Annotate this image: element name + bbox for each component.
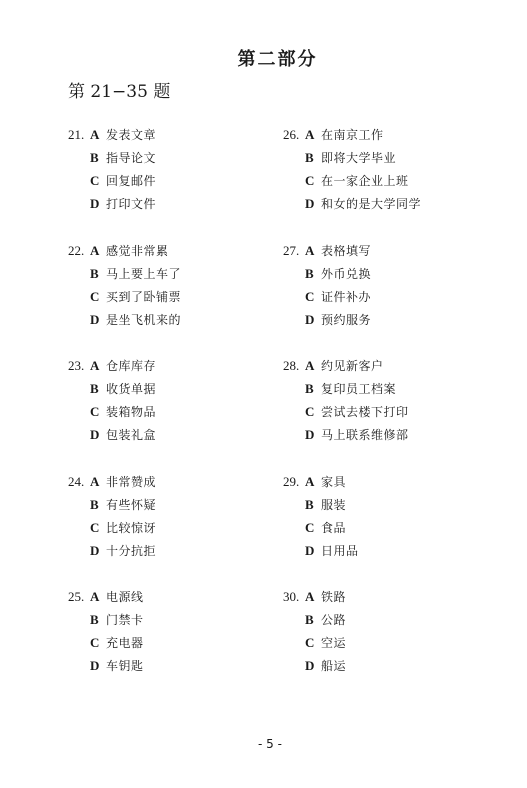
option-text: 在一家企业上班 xyxy=(321,170,409,193)
option-text: 空运 xyxy=(321,632,346,655)
option-text: 是坐飞机来的 xyxy=(106,309,181,332)
option-letter: A xyxy=(90,470,106,493)
option-letter: D xyxy=(305,423,321,446)
option-letter: A xyxy=(305,354,321,377)
option-text: 尝试去楼下打印 xyxy=(321,401,409,424)
option-row: B服装 xyxy=(283,493,359,516)
option-text: 十分抗拒 xyxy=(106,540,156,563)
option-text: 马上联系维修部 xyxy=(321,424,409,447)
option-row: D包装礼盒 xyxy=(68,423,156,446)
option-row: D船运 xyxy=(283,654,346,677)
option-row: D车钥匙 xyxy=(68,654,144,677)
option-text: 表格填写 xyxy=(321,240,371,263)
option-text: 在南京工作 xyxy=(321,124,384,147)
option-letter: A xyxy=(305,123,321,146)
option-row: B门禁卡 xyxy=(68,608,144,631)
option-row: 26.A在南京工作 xyxy=(283,123,421,146)
option-letter: D xyxy=(90,308,106,331)
option-letter: C xyxy=(305,169,321,192)
option-letter: C xyxy=(305,285,321,308)
option-row: C装箱物品 xyxy=(68,400,156,423)
option-text: 复印员工档案 xyxy=(321,378,396,401)
option-row: 22.A感觉非常累 xyxy=(68,239,181,262)
question-30: 30.A铁路B公路C空运D船运 xyxy=(283,585,346,677)
option-row: D是坐飞机来的 xyxy=(68,308,181,331)
option-letter: D xyxy=(305,192,321,215)
option-letter: C xyxy=(90,285,106,308)
option-text: 马上要上车了 xyxy=(106,263,181,286)
option-text: 打印文件 xyxy=(106,193,156,216)
option-text: 公路 xyxy=(321,609,346,632)
option-row: B即将大学毕业 xyxy=(283,146,421,169)
option-row: B有些怀疑 xyxy=(68,493,156,516)
option-letter: C xyxy=(305,516,321,539)
option-row: C买到了卧铺票 xyxy=(68,285,181,308)
option-text: 回复邮件 xyxy=(106,170,156,193)
option-letter: B xyxy=(90,493,106,516)
option-text: 家具 xyxy=(321,471,346,494)
option-text: 约见新客户 xyxy=(321,355,384,378)
option-text: 包装礼盒 xyxy=(106,424,156,447)
question-number: 24. xyxy=(68,470,90,493)
option-text: 和女的是大学同学 xyxy=(321,193,421,216)
option-letter: C xyxy=(90,516,106,539)
option-text: 收货单据 xyxy=(106,378,156,401)
question-number: 23. xyxy=(68,354,90,377)
option-row: D打印文件 xyxy=(68,192,156,215)
question-number: 28. xyxy=(283,354,305,377)
question-29: 29.A家具B服装C食品D日用品 xyxy=(283,470,359,562)
page-title: 第二部分 xyxy=(0,45,527,71)
option-letter: B xyxy=(90,377,106,400)
question-number: 21. xyxy=(68,123,90,146)
option-letter: D xyxy=(90,654,106,677)
option-text: 非常赞成 xyxy=(106,471,156,494)
option-letter: A xyxy=(90,354,106,377)
option-text: 服装 xyxy=(321,494,346,517)
option-letter: D xyxy=(90,539,106,562)
question-number: 22. xyxy=(68,239,90,262)
option-row: C充电器 xyxy=(68,631,144,654)
question-number: 26. xyxy=(283,123,305,146)
option-row: D十分抗拒 xyxy=(68,539,156,562)
option-row: D日用品 xyxy=(283,539,359,562)
option-letter: B xyxy=(90,262,106,285)
option-letter: D xyxy=(90,423,106,446)
option-letter: C xyxy=(90,169,106,192)
option-text: 电源线 xyxy=(106,586,144,609)
question-26: 26.A在南京工作B即将大学毕业C在一家企业上班D和女的是大学同学 xyxy=(283,123,421,215)
option-row: C回复邮件 xyxy=(68,169,156,192)
option-text: 即将大学毕业 xyxy=(321,147,396,170)
option-letter: A xyxy=(305,470,321,493)
option-text: 船运 xyxy=(321,655,346,678)
option-row: C比较惊讶 xyxy=(68,516,156,539)
option-text: 仓库库存 xyxy=(106,355,156,378)
option-row: D和女的是大学同学 xyxy=(283,192,421,215)
question-24: 24.A非常赞成B有些怀疑C比较惊讶D十分抗拒 xyxy=(68,470,156,562)
option-text: 证件补办 xyxy=(321,286,371,309)
question-25: 25.A电源线B门禁卡C充电器D车钥匙 xyxy=(68,585,144,677)
option-letter: D xyxy=(90,192,106,215)
option-row: 27.A表格填写 xyxy=(283,239,371,262)
option-letter: A xyxy=(305,585,321,608)
option-row: C空运 xyxy=(283,631,346,654)
option-text: 买到了卧铺票 xyxy=(106,286,181,309)
option-letter: B xyxy=(305,377,321,400)
option-letter: C xyxy=(90,400,106,423)
option-text: 感觉非常累 xyxy=(106,240,169,263)
option-letter: D xyxy=(305,308,321,331)
option-row: 24.A非常赞成 xyxy=(68,470,156,493)
option-text: 日用品 xyxy=(321,540,359,563)
option-text: 指导论文 xyxy=(106,147,156,170)
question-number: 25. xyxy=(68,585,90,608)
option-row: 25.A电源线 xyxy=(68,585,144,608)
option-row: D预约服务 xyxy=(283,308,371,331)
option-row: C证件补办 xyxy=(283,285,371,308)
option-letter: C xyxy=(90,631,106,654)
option-row: 30.A铁路 xyxy=(283,585,346,608)
option-text: 装箱物品 xyxy=(106,401,156,424)
option-text: 外币兑换 xyxy=(321,263,371,286)
option-letter: A xyxy=(305,239,321,262)
option-letter: B xyxy=(305,608,321,631)
question-28: 28.A约见新客户B复印员工档案C尝试去楼下打印D马上联系维修部 xyxy=(283,354,409,446)
question-number: 27. xyxy=(283,239,305,262)
option-letter: A xyxy=(90,239,106,262)
option-letter: B xyxy=(305,146,321,169)
option-text: 铁路 xyxy=(321,586,346,609)
option-letter: A xyxy=(90,123,106,146)
option-row: 21.A发表文章 xyxy=(68,123,156,146)
option-row: B指导论文 xyxy=(68,146,156,169)
option-row: B外币兑换 xyxy=(283,262,371,285)
option-letter: A xyxy=(90,585,106,608)
option-text: 发表文章 xyxy=(106,124,156,147)
section-title: 第 21−35 题 xyxy=(68,77,170,102)
question-22: 22.A感觉非常累B马上要上车了C买到了卧铺票D是坐飞机来的 xyxy=(68,239,181,331)
option-row: D马上联系维修部 xyxy=(283,423,409,446)
option-text: 门禁卡 xyxy=(106,609,144,632)
option-text: 车钥匙 xyxy=(106,655,144,678)
question-27: 27.A表格填写B外币兑换C证件补办D预约服务 xyxy=(283,239,371,331)
option-row: C在一家企业上班 xyxy=(283,169,421,192)
option-text: 有些怀疑 xyxy=(106,494,156,517)
option-letter: B xyxy=(90,608,106,631)
option-letter: B xyxy=(90,146,106,169)
option-letter: C xyxy=(305,400,321,423)
option-row: B复印员工档案 xyxy=(283,377,409,400)
question-21: 21.A发表文章B指导论文C回复邮件D打印文件 xyxy=(68,123,156,215)
option-text: 预约服务 xyxy=(321,309,371,332)
question-number: 30. xyxy=(283,585,305,608)
option-text: 充电器 xyxy=(106,632,144,655)
option-row: B收货单据 xyxy=(68,377,156,400)
page-number: - 5 - xyxy=(0,737,527,751)
question-number: 29. xyxy=(283,470,305,493)
option-row: C尝试去楼下打印 xyxy=(283,400,409,423)
option-row: 29.A家具 xyxy=(283,470,359,493)
question-23: 23.A仓库库存B收货单据C装箱物品D包装礼盒 xyxy=(68,354,156,446)
option-text: 比较惊讶 xyxy=(106,517,156,540)
option-row: C食品 xyxy=(283,516,359,539)
option-row: B马上要上车了 xyxy=(68,262,181,285)
option-text: 食品 xyxy=(321,517,346,540)
option-letter: D xyxy=(305,654,321,677)
option-row: 23.A仓库库存 xyxy=(68,354,156,377)
option-letter: C xyxy=(305,631,321,654)
option-letter: D xyxy=(305,539,321,562)
option-letter: B xyxy=(305,493,321,516)
option-row: B公路 xyxy=(283,608,346,631)
option-letter: B xyxy=(305,262,321,285)
option-row: 28.A约见新客户 xyxy=(283,354,409,377)
